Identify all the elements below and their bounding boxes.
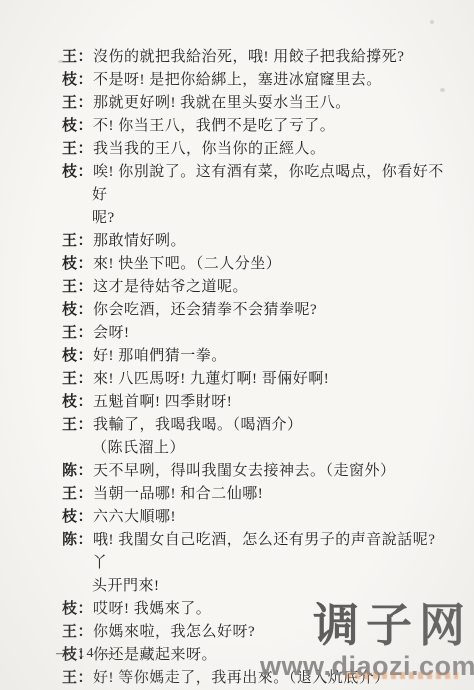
dialogue-line: 王：那就更好咧! 我就在里头耍水当王八。 [62, 92, 454, 115]
dialogue-line: 王：好! 等你媽走了，我再出來。（退入炕底介） [62, 667, 454, 690]
speaker-label: 王： [62, 417, 93, 433]
dialogue-line: 枝：五魁首啊! 四季財呀! [62, 391, 454, 414]
speaker-label: 王： [62, 95, 93, 111]
speaker-label: 王： [62, 279, 93, 295]
dialogue-line: 王：來! 八匹馬呀! 九蓮灯啊! 哥倆好啊! [62, 368, 454, 391]
dialogue-line: 王：那敢情好咧。 [62, 230, 454, 253]
dialogue-line: 王：沒伤的就把我給治死，哦! 用餃子把我給撐死? [62, 46, 454, 69]
dialogue-text: 好! 等你媽走了，我再出來。（退入炕底介） [93, 670, 390, 686]
dialogue-line: 陈：天不早咧，得叫我閨女去接神去。（走窗外） [62, 460, 454, 483]
dialogue-text: 会呀! [93, 325, 130, 341]
speaker-label: 枝： [62, 394, 93, 410]
speaker-label: 王： [62, 233, 93, 249]
dialogue-line: 枝：你还是藏起来呀。 [62, 644, 454, 667]
speaker-label: 王： [62, 670, 93, 686]
speaker-label: 枝： [62, 302, 93, 318]
dialogue-text: 不是呀! 是把你給綁上，塞进冰窟窿里去。 [93, 72, 382, 88]
dialogue-text: 來! 八匹馬呀! 九蓮灯啊! 哥倆好啊! [93, 371, 329, 387]
scanned-script-page: 王：沒伤的就把我給治死，哦! 用餃子把我給撐死?枝：不是呀! 是把你給綁上，塞进… [0, 0, 474, 690]
speaker-label: 枝： [62, 601, 93, 617]
dialogue-text: 你媽來啦，我怎么好呀? [93, 624, 255, 640]
dialogue-text: 好! 那咱們猜一拳。 [93, 348, 227, 364]
speaker-label: 陈： [62, 463, 93, 479]
dialogue-text: 來! 快坐下吧。（二人分坐） [93, 256, 281, 272]
dialogue-line: 王：会呀! [62, 322, 454, 345]
speaker-label: 王： [62, 624, 93, 640]
speaker-label: 王： [62, 49, 93, 65]
dialogue-text-continuation: 头开門來! [92, 578, 160, 594]
dialogue-text: 沒伤的就把我給治死，哦! 用餃子把我給撐死? [93, 49, 404, 65]
scan-speck [58, 60, 64, 63]
scan-speck [430, 20, 434, 24]
speaker-label: 枝： [62, 509, 93, 525]
dialogue-text: 我輸了，我喝我喝。（喝酒介） [93, 417, 303, 433]
page-number: — 14 — [56, 646, 117, 662]
dialogue-text: 哦! 我閨女自己吃酒，怎么还有男子的声音說話呢? 丫 [92, 532, 435, 571]
speaker-label: 王： [62, 325, 93, 341]
dialogue-text-continuation: 呢? [92, 210, 115, 226]
speaker-label: 王： [62, 371, 93, 387]
stage-direction: （陈氏溜上） [62, 437, 454, 460]
dialogue-line: 枝：來! 快坐下吧。（二人分坐） [62, 253, 454, 276]
dialogue-text: 这才是待姑爷之道呢。 [93, 279, 248, 295]
dialogue-text: 那敢情好咧。 [93, 233, 186, 249]
speaker-label: 王： [62, 486, 93, 502]
dialogue-text: 六六大順哪! [93, 509, 176, 525]
dialogue-line: 王：当朝一品哪! 和合二仙哪! [62, 483, 454, 506]
dialogue-line: 枝：唉! 你別說了。这有酒有菜，你吃点喝点，你看好不好呢? [62, 161, 454, 230]
dialogue-line: 枝：六六大順哪! [62, 506, 454, 529]
dialogue-text: 天不早咧，得叫我閨女去接神去。（走窗外） [93, 463, 396, 479]
speaker-label: 枝： [62, 256, 93, 272]
dialogue-text: 那就更好咧! 我就在里头耍水当王八。 [93, 95, 351, 111]
speaker-label: 枝： [62, 118, 93, 134]
dialogue-line: 枝：好! 那咱們猜一拳。 [62, 345, 454, 368]
dialogue-line: 陈：哦! 我閨女自己吃酒，怎么还有男子的声音說話呢? 丫头开門來! [62, 529, 454, 598]
dialogue-text: 五魁首啊! 四季財呀! [93, 394, 232, 410]
dialogue-line: 枝：不! 你当王八，我們不是吃了亏了。 [62, 115, 454, 138]
dialogue-line: 枝：哎呀! 我媽來了。 [62, 598, 454, 621]
dialogue-block: 王：沒伤的就把我給治死，哦! 用餃子把我給撐死?枝：不是呀! 是把你給綁上，塞进… [62, 46, 454, 690]
scan-speck [440, 88, 445, 92]
speaker-label: 枝： [62, 348, 93, 364]
dialogue-line: 枝：不是呀! 是把你給綁上，塞进冰窟窿里去。 [62, 69, 454, 92]
dialogue-text: 不! 你当王八，我們不是吃了亏了。 [93, 118, 335, 134]
dialogue-text: 你会吃酒，还会猜拳不会猜拳呢? [93, 302, 317, 318]
dialogue-text: 哎呀! 我媽來了。 [93, 601, 211, 617]
speaker-label: 王： [62, 141, 93, 157]
speaker-label: 陈： [62, 532, 93, 548]
speaker-label: 枝： [62, 164, 93, 180]
dialogue-line: 王：我当我的王八，你当你的正經人。 [62, 138, 454, 161]
dialogue-line: 枝：你会吃酒，还会猜拳不会猜拳呢? [62, 299, 454, 322]
dialogue-text: 唉! 你別說了。这有酒有菜，你吃点喝点，你看好不好 [92, 164, 444, 203]
speaker-label: 枝： [62, 72, 93, 88]
dialogue-line: 王：这才是待姑爷之道呢。 [62, 276, 454, 299]
dialogue-line: 王：我輸了，我喝我喝。（喝酒介） [62, 414, 454, 437]
dialogue-text: 我当我的王八，你当你的正經人。 [93, 141, 326, 157]
dialogue-text: 当朝一品哪! 和合二仙哪! [93, 486, 263, 502]
dialogue-line: 王：你媽來啦，我怎么好呀? [62, 621, 454, 644]
